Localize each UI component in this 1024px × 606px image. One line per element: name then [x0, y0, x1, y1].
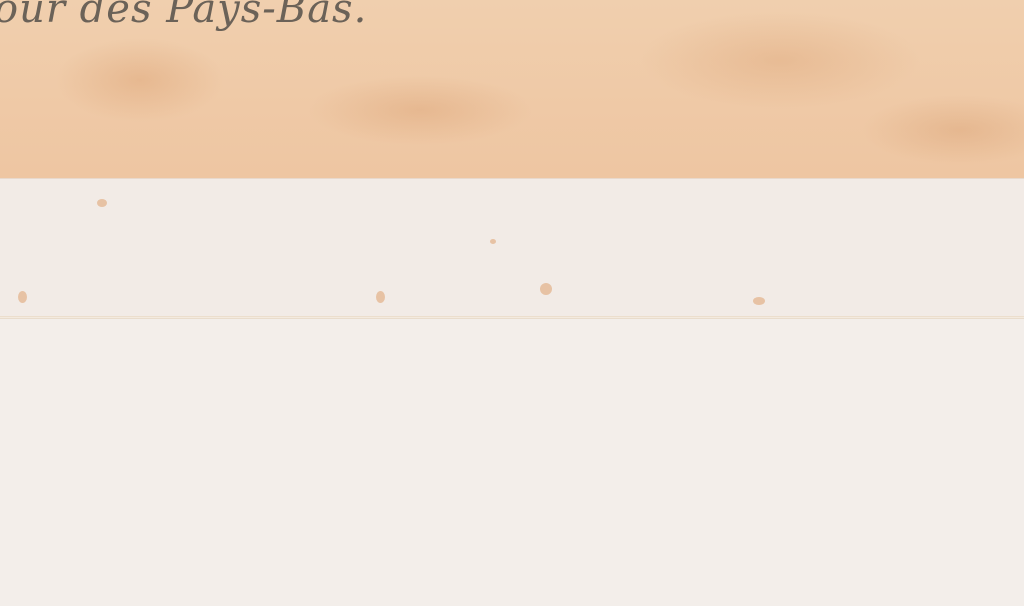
foxing-spot [753, 297, 765, 305]
foxing-spot [97, 199, 107, 207]
aged-print-area: our des Pays-Bas. [0, 0, 1024, 178]
foxing-spot [490, 239, 496, 244]
foxing-spot [540, 283, 552, 295]
foxing-spot [376, 291, 385, 303]
paper-margin [0, 178, 1024, 319]
lower-paper [0, 319, 1024, 606]
foxing-spot [18, 291, 27, 303]
engraved-caption: our des Pays-Bas. [0, 0, 367, 32]
